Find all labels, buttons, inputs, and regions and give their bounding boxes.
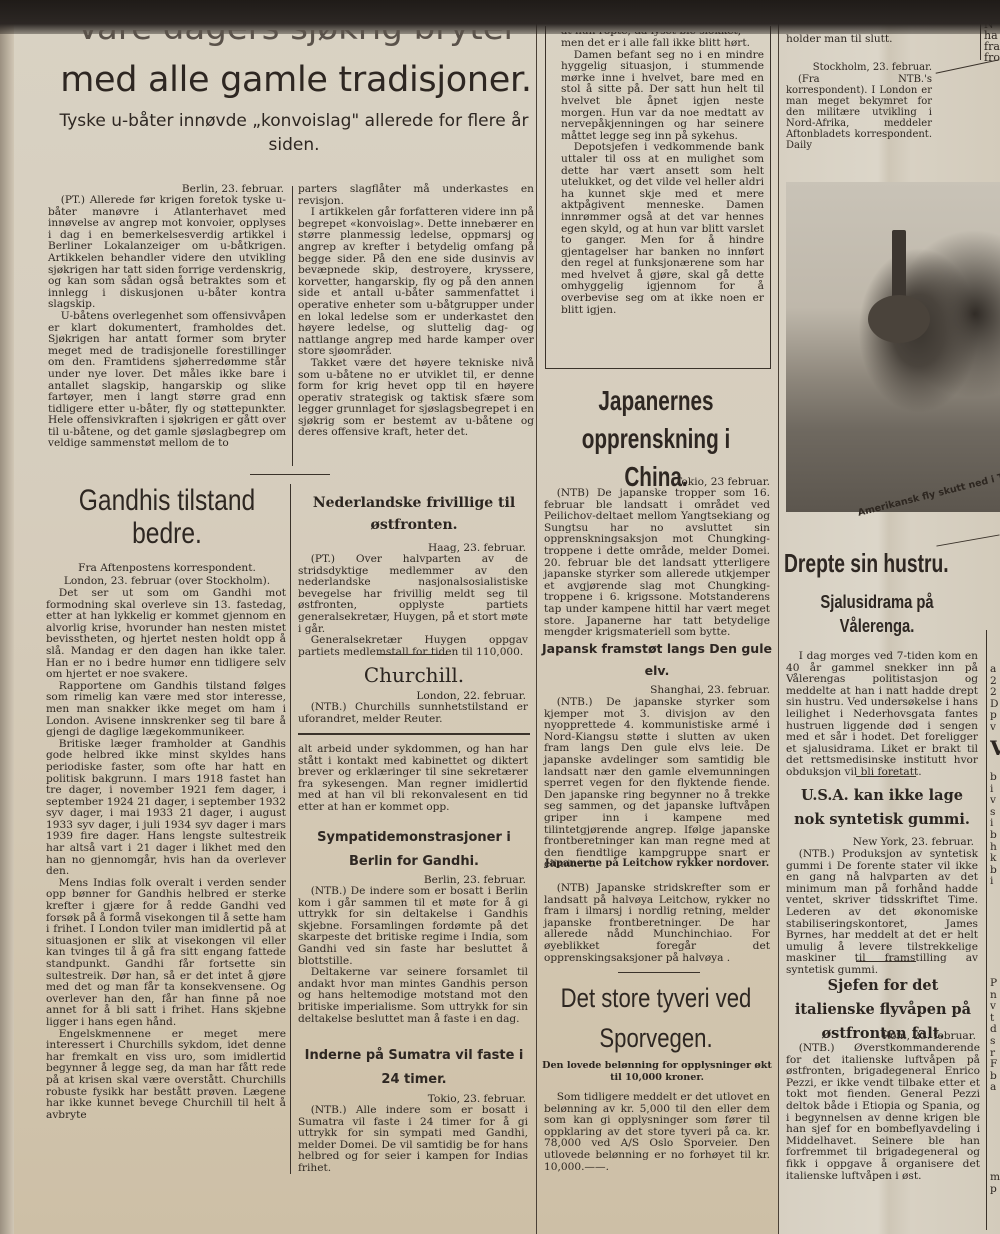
stockholm-cutoff: holder man til slutt. bbox=[786, 34, 906, 46]
murder-article: I dag morges ved 7-tiden kom en 40 år ga… bbox=[786, 651, 978, 779]
paragraph: Damen befant seg no i en mindre hyggelig… bbox=[561, 50, 764, 143]
fragment: v bbox=[990, 722, 1000, 734]
main-article-col1: (PT.) Allerede før krigen foretok tyske … bbox=[48, 195, 286, 450]
yellow-river-dateline: Shanghai, 23. februar. bbox=[544, 684, 776, 696]
fragment: b bbox=[990, 772, 1000, 784]
gandhi-continued: alt arbeid under sykdommen, og han har s… bbox=[298, 744, 528, 814]
gandhi-headline: Gandhis tilstand bedre. bbox=[71, 484, 263, 550]
vault-story-text: men det er i alle fall ikke blitt hørt. … bbox=[561, 38, 764, 316]
paragraph: I dag morges ved 7-tiden kom en 40 år ga… bbox=[786, 651, 978, 779]
divider bbox=[250, 474, 330, 475]
gandhi-dateline: London, 23. februar (over Stockholm). bbox=[44, 575, 290, 587]
far-right-fragment-lower: b i v s i b h k b i bbox=[990, 772, 1000, 888]
sumatra-article: (NTB.) Alle indere som er bosatt i Sumat… bbox=[298, 1105, 528, 1175]
fragment: k bbox=[990, 853, 1000, 865]
berlin-gandhi-headline: Sympatidemonstrasjoner i Berlin for Gand… bbox=[298, 826, 530, 874]
paragraph: (NTB.) De indere som er bosatt i Berlin … bbox=[298, 886, 528, 967]
far-right-fragment-bottom: P n v t d s r F b a bbox=[990, 978, 1000, 1094]
stockholm-dateline: Stockholm, 23. februar. bbox=[786, 62, 938, 74]
paragraph: (NTB) De japanske tropper som 16. februa… bbox=[544, 488, 770, 639]
theft-article: Som tidligere meddelt er det utlovet en … bbox=[544, 1092, 770, 1173]
fragment: m bbox=[990, 1172, 1000, 1184]
paragraph: Det ser ut som om Gandhi mot formodning … bbox=[46, 588, 286, 681]
nederland-headline: Nederlandske frivillige til østfronten. bbox=[300, 492, 528, 536]
theft-subheadline: Den lovede belønning for opplysninger øk… bbox=[540, 1060, 774, 1084]
main-headline: med alle gamle tradisjoner. bbox=[58, 60, 534, 100]
leitchow-subhead: Japanerne på Leitchow rykker nordover. bbox=[544, 858, 770, 870]
paragraph: Deltakerne var seinere forsamlet til and… bbox=[298, 967, 528, 1025]
column-rule bbox=[292, 186, 293, 466]
far-right-fragment-last: m p bbox=[990, 1172, 1000, 1195]
fragment: b bbox=[990, 830, 1000, 842]
leitchow-article: (NTB) Japanske stridskrefter som er land… bbox=[544, 883, 770, 964]
main-article-col2: parters slagflåter må underkastes en rev… bbox=[298, 184, 534, 439]
sumatra-headline: Inderne på Sumatra vil faste i 24 timer. bbox=[298, 1044, 530, 1092]
paragraph: (PT.) Allerede før krigen foretok tyske … bbox=[48, 195, 286, 311]
column-rule bbox=[986, 630, 987, 1230]
rubber-dateline: New York, 23. februar. bbox=[786, 836, 980, 848]
paragraph: (Fra NTB.'s korrespondent). I London er … bbox=[786, 74, 932, 151]
italian-dateline: Rom, 23. februar. bbox=[786, 1030, 982, 1042]
paragraph: (PT.) Over halvparten av de stridsdyktig… bbox=[298, 554, 528, 635]
fragment: i bbox=[990, 876, 1000, 888]
column-rule bbox=[536, 0, 537, 1234]
divider bbox=[618, 972, 700, 973]
paragraph: parters slagflåter må underkastes en rev… bbox=[298, 184, 534, 207]
paragraph: Britiske læger framholder at Gandhis god… bbox=[46, 739, 286, 878]
paragraph: (NTB.) Alle indere som er bosatt i Sumat… bbox=[298, 1105, 528, 1175]
divider bbox=[298, 733, 530, 735]
fragment: p bbox=[990, 1184, 1000, 1196]
stockholm-text: (Fra NTB.'s korrespondent). I London er … bbox=[786, 74, 932, 151]
paragraph: (NTB.) De japanske styrker som kjemper m… bbox=[544, 697, 770, 871]
paragraph: (NTB.) Churchills sunnhetstilstand er uf… bbox=[298, 702, 528, 725]
paragraph: men det er i alle fall ikke blitt hørt. bbox=[561, 38, 764, 50]
churchill-headline: Churchill. bbox=[300, 662, 528, 688]
paragraph: (NTB.) Øverstkommanderende for det itali… bbox=[786, 1043, 980, 1182]
paragraph: Engelskmennene er meget mere interessert… bbox=[46, 1029, 286, 1122]
japan-china-article: (NTB) De japanske tropper som 16. februa… bbox=[544, 488, 770, 639]
paragraph: I artikkelen går forfatteren videre inn … bbox=[298, 207, 534, 358]
yellow-river-article: (NTB.) De japanske styrker som kjemper m… bbox=[544, 697, 770, 871]
paragraph: (NTB.) Produksjon av syntetisk gummi i D… bbox=[786, 849, 978, 977]
paragraph: Som tidligere meddelt er det utlovet en … bbox=[544, 1092, 770, 1173]
far-right-headline-fragment: V bbox=[990, 736, 1000, 760]
rubber-headline: U.S.A. kan ikke lage nok syntetisk gummi… bbox=[786, 784, 978, 832]
fragment: P bbox=[990, 978, 1000, 990]
propeller-blade bbox=[892, 230, 906, 300]
rubber-article: (NTB.) Produksjon av syntetisk gummi i D… bbox=[786, 849, 978, 977]
paragraph: Mens Indias folk overalt i verden sender… bbox=[46, 878, 286, 1029]
paragraph: U-båtens overlegenhet som offensivvåpen … bbox=[48, 311, 286, 450]
berlin-gandhi-article: (NTB.) De indere som er bosatt i Berlin … bbox=[298, 886, 528, 1025]
gandhi-article: Det ser ut som om Gandhi mot formodning … bbox=[46, 588, 286, 1121]
churchill-article: (NTB.) Churchills sunnhetstilstand er uf… bbox=[298, 702, 528, 725]
nederland-article: (PT.) Over halvparten av de stridsdyktig… bbox=[298, 554, 528, 658]
fragment: a bbox=[990, 664, 1000, 676]
fragment: F bbox=[990, 1059, 1000, 1071]
aircraft-nose bbox=[868, 295, 930, 343]
yellow-river-headline: Japansk framstøt langs Den gule elv. bbox=[542, 638, 772, 682]
divider bbox=[856, 961, 916, 962]
top-shadow bbox=[0, 0, 1000, 34]
theft-headline: Det store tyveri ved Sporvegen. bbox=[559, 978, 753, 1058]
paragraph: (NTB) Japanske stridskrefter som er land… bbox=[544, 883, 770, 964]
gandhi-byline: Fra Aftenpostens korrespondent. bbox=[44, 562, 290, 574]
paragraph: Depotsjefen i vedkommende bank uttaler t… bbox=[561, 142, 764, 316]
divider bbox=[856, 776, 916, 777]
italian-article: (NTB.) Øverstkommanderende for det itali… bbox=[786, 1043, 980, 1182]
column-rule bbox=[290, 484, 291, 1174]
fragment: s bbox=[990, 1036, 1000, 1048]
column-rule bbox=[778, 0, 779, 1234]
fragment: a bbox=[990, 1082, 1000, 1094]
main-subheadline: Tyske u-båter innøvde „konvoislag" aller… bbox=[52, 109, 536, 157]
page-edge bbox=[0, 0, 14, 1234]
murder-headline: Drepte sin hustru. bbox=[784, 548, 932, 578]
paragraph: alt arbeid under sykdommen, og han har s… bbox=[298, 744, 528, 814]
paragraph: Takket være det høyere tekniske nivå som… bbox=[298, 358, 534, 439]
paragraph: Rapportene om Gandhis tilstand følges so… bbox=[46, 681, 286, 739]
far-right-fragment-mid: a 2 2 D p v bbox=[990, 664, 1000, 734]
murder-subheadline: Sjalusidrama på Vålerenga. bbox=[801, 590, 954, 638]
divider bbox=[378, 654, 448, 655]
